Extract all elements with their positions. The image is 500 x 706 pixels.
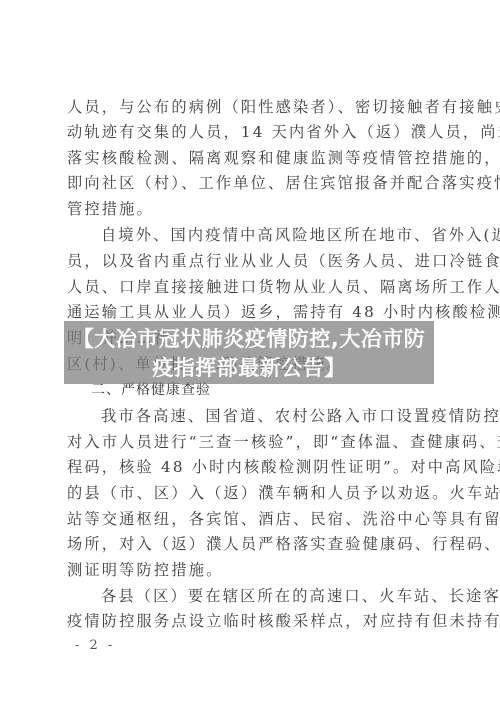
banner-title: 【大冶市冠状肺炎疫情防控,大冶市防 疫指挥部最新公告】 (64, 325, 434, 383)
body-text-line: 站等交通枢纽，各宾馆、酒店、民宿、洗浴中心等具有留宿功能 (67, 509, 437, 529)
body-text-line: 落实核酸检测、隔离观察和健康监测等疫情管控措施的，均须立 (67, 148, 437, 168)
body-text-line-indented: 我市各高速、国省道、农村公路入市口设置疫情防控服务点， (101, 406, 437, 426)
body-text-line-indented: 各县（区）要在辖区所在的高速口、火车站、长途客运站等 (101, 586, 437, 606)
page-number: - 2 - (75, 638, 115, 653)
title-banner-overlay: 【大冶市冠状肺炎疫情防控,大冶市防 疫指挥部最新公告】 (64, 321, 434, 384)
body-text-line: 的县（市、区）入（返）濮车辆和人员予以劝返。火车站、汽车 (67, 483, 437, 503)
body-text-line: 管控措施。 (67, 199, 437, 219)
body-text-line: 动轨迹有交集的人员，14 天内省外入（返）濮人员，尚未报备、 (67, 122, 437, 142)
body-text-line: 即向社区（村）、工作单位、居住宾馆报备并配合落实疫情防控 (67, 173, 437, 193)
body-text-line: 员，以及省内重点行业从业人员（医务人员、进口冷链食品从业 (67, 251, 437, 271)
banner-title-line-1: 【大冶市冠状肺炎疫情防控,大冶市防 (64, 325, 434, 354)
body-text-line: 对入市人员进行“三查一核验”，即“查体温、查健康码、查行 (67, 432, 437, 452)
body-text-line: 程码，核验 48 小时内核酸检测阴性证明”。对中高风险地区所在 (67, 457, 437, 477)
body-text-line: 场所，对入（返）濮人员严格落实查验健康码、行程码、核酸检 (67, 534, 437, 554)
body-text-line: 人员，与公布的病例（阳性感染者）、密切接触者有接触史或行 (67, 97, 437, 117)
banner-title-line-2: 疫指挥部最新公告】 (64, 354, 434, 383)
document-page: 人员，与公布的病例（阳性感染者）、密切接触者有接触史或行 动轨迹有交集的人员，1… (0, 0, 500, 706)
body-text-line: 测证明等防控措施。 (67, 560, 437, 580)
body-text-line: 通运输工具从业人员）返乡，需持有 48 小时内核酸检测阴性证 (67, 302, 437, 322)
body-text-line-indented: 自境外、国内疫情中高风险地区所在地市、省外入(返)濮人 (101, 225, 437, 245)
body-text-line: 疫情防控服务点设立临时核酸采样点，对应持有但未持有核酸检 (67, 611, 437, 631)
body-text-line: 人员、口岸直接接触进口货物从业人员、隔离场所工作人员、交 (67, 277, 437, 297)
